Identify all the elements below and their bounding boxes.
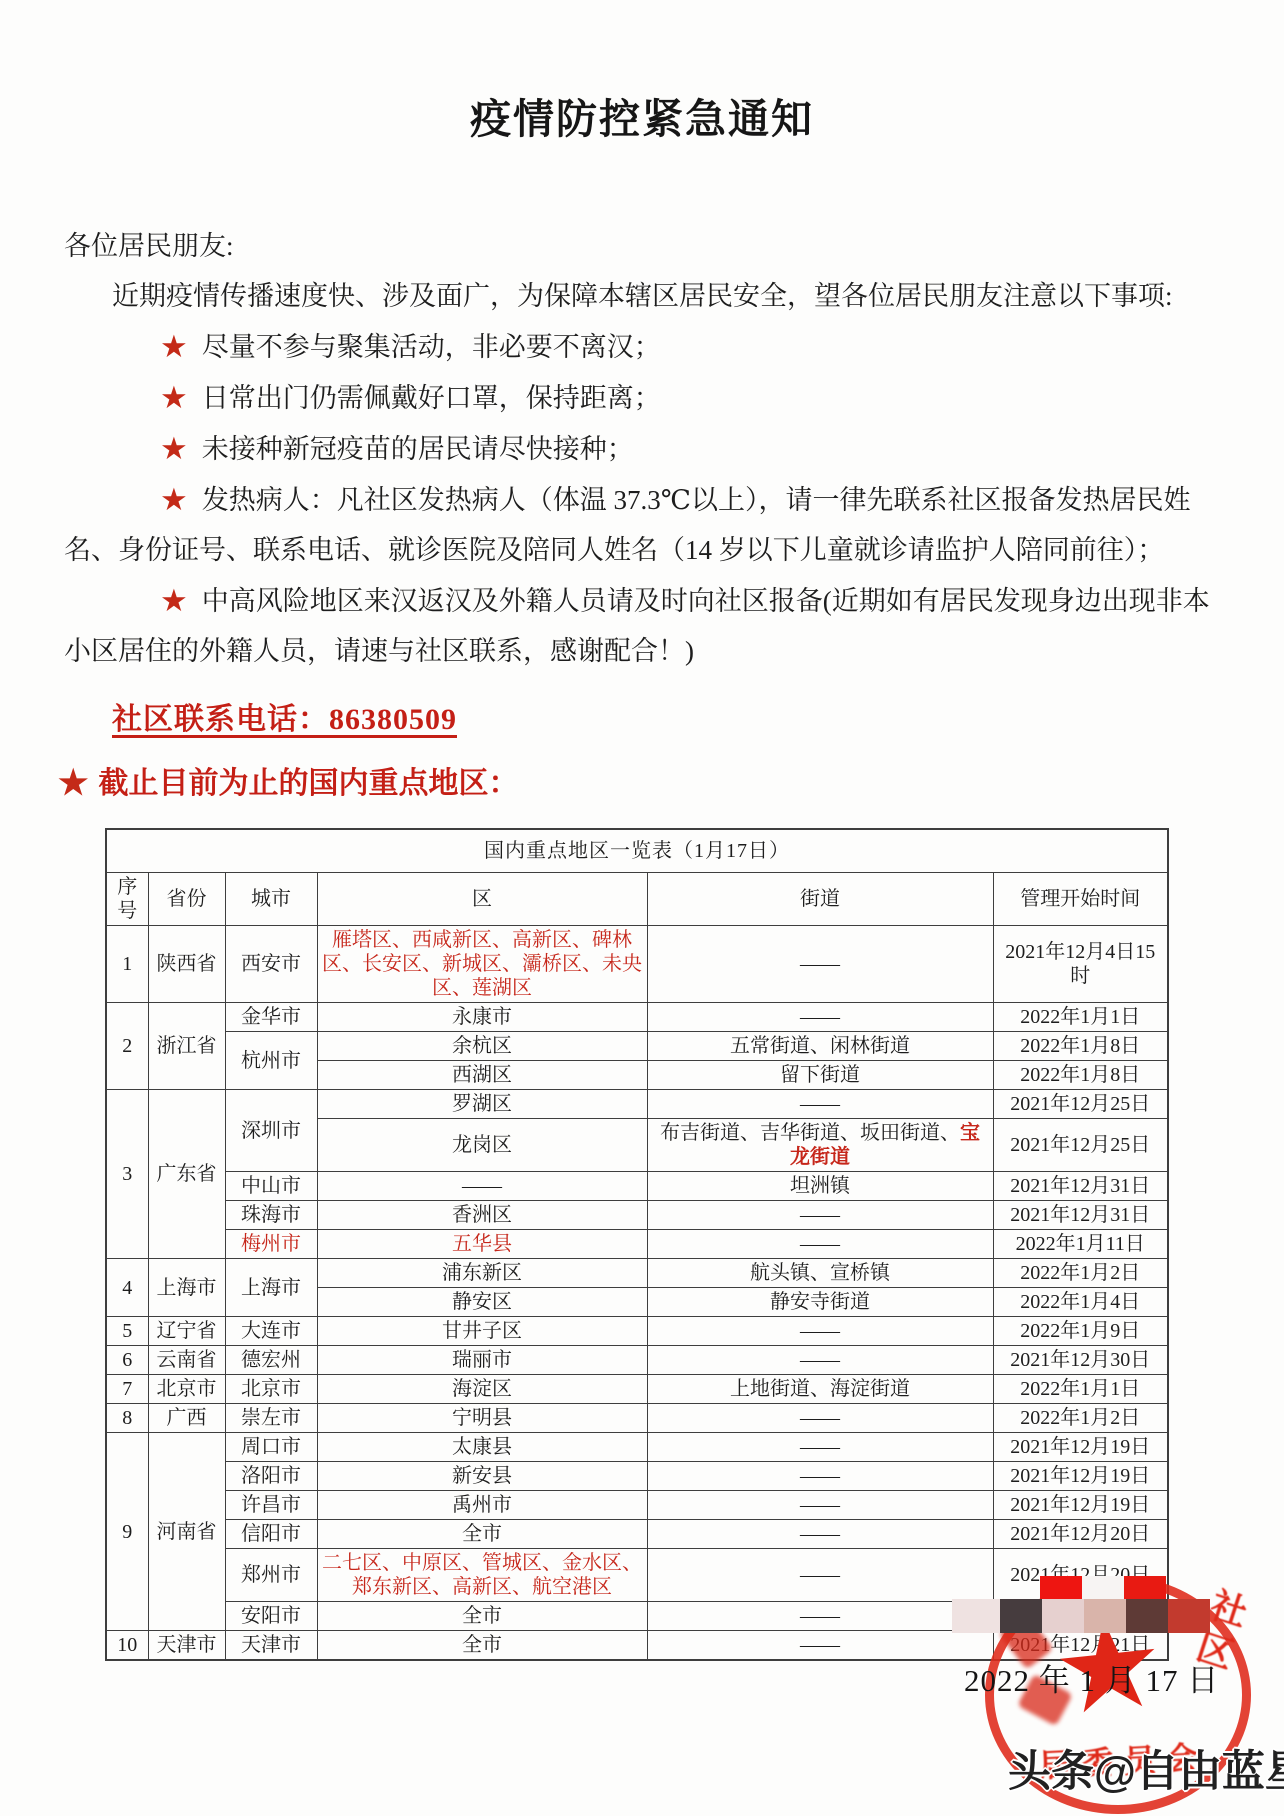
table-cell: —— (647, 926, 993, 1003)
table-cell: 静安寺街道 (647, 1288, 993, 1317)
table-cell: —— (647, 1520, 993, 1549)
table-cell: 甘井子区 (317, 1317, 647, 1346)
key-areas-table: 国内重点地区一览表（1月17日） 序号省份城市区街道管理开始时间 1陕西省西安市… (105, 828, 1169, 1661)
table-cell: 浦东新区 (317, 1259, 647, 1288)
table-cell: 上海市 (225, 1259, 317, 1317)
table-cell: 信阳市 (225, 1520, 317, 1549)
table-cell: —— (317, 1172, 647, 1201)
bullet-text: 中高风险地区来汉返汉及外籍人员请及时向社区报备(近期如有居民发现身边出现非本小区… (64, 586, 1210, 666)
redaction-block (1168, 1599, 1210, 1633)
table-cell: 陕西省 (148, 926, 225, 1003)
watermark: 头条@自由蓝星 (1008, 1738, 1284, 1799)
table-cell: 2022年1月8日 (993, 1061, 1168, 1090)
table-cell: 海淀区 (317, 1375, 647, 1404)
redaction-block (952, 1599, 1000, 1633)
table-cell: —— (647, 1404, 993, 1433)
table-cell: 上地街道、海淀街道 (647, 1375, 993, 1404)
redaction-block (1084, 1599, 1126, 1633)
notice-content: 疫情防控紧急通知 各位居民朋友: 近期疫情传播速度快、涉及面广，为保障本辖区居民… (0, 0, 1284, 1661)
table-cell: 布吉街道、吉华街道、坂田街道、宝龙街道 (647, 1119, 993, 1172)
table-cell: —— (647, 1317, 993, 1346)
table-cell: 航头镇、宣桥镇 (647, 1259, 993, 1288)
column-header: 省份 (148, 873, 225, 926)
table-cell: —— (647, 1549, 993, 1602)
redaction-row (952, 1599, 1210, 1633)
redaction-block (1040, 1576, 1082, 1599)
table-title: 国内重点地区一览表（1月17日） (106, 829, 1168, 873)
table-cell: 五华县 (317, 1230, 647, 1259)
table-cell: 深圳市 (225, 1090, 317, 1172)
table-cell: 2021年12月31日 (993, 1201, 1168, 1230)
table-cell: 安阳市 (225, 1602, 317, 1631)
table-cell: 梅州市 (225, 1230, 317, 1259)
table-row: 8广西崇左市宁明县——2022年1月2日 (106, 1404, 1168, 1433)
star-icon: ★ (112, 424, 188, 474)
table-cell: 6 (106, 1346, 148, 1375)
star-icon: ★ (112, 576, 188, 626)
table-cell: 周口市 (225, 1433, 317, 1462)
section-heading: ★截止目前为止的国内重点地区： (64, 758, 1220, 802)
table-cell: 4 (106, 1259, 148, 1317)
table-cell: 2021年12月31日 (993, 1172, 1168, 1201)
table-cell: —— (647, 1090, 993, 1119)
issue-date: 2022 年 1 月 17 日 (964, 1655, 1219, 1700)
column-header: 区 (317, 873, 647, 926)
star-icon: ★ (112, 322, 188, 372)
bullet-text: 未接种新冠疫苗的居民请尽快接种； (202, 434, 634, 464)
table-cell: 广西 (148, 1404, 225, 1433)
table-cell: 8 (106, 1404, 148, 1433)
table-row: 2浙江省金华市永康市——2022年1月1日 (106, 1003, 1168, 1032)
table-cell: —— (647, 1230, 993, 1259)
table-cell: —— (647, 1433, 993, 1462)
table-cell: 二七区、中原区、管城区、金水区、郑东新区、高新区、航空港区 (317, 1549, 647, 1602)
bullet-text: 发热病人：凡社区发热病人（体温 37.3℃以上），请一律先联系社区报备发热居民姓… (64, 485, 1191, 565)
table-cell: 北京市 (225, 1375, 317, 1404)
table-cell: 北京市 (148, 1375, 225, 1404)
section-heading-text: 截止目前为止的国内重点地区： (98, 767, 518, 800)
table-row: 3广东省深圳市罗湖区——2021年12月25日 (106, 1090, 1168, 1119)
table-cell: 2021年12月25日 (993, 1090, 1168, 1119)
table-row: 中山市——坦洲镇2021年12月31日 (106, 1172, 1168, 1201)
table-cell: 2022年1月2日 (993, 1259, 1168, 1288)
table-cell: 新安县 (317, 1462, 647, 1491)
table-cell: 金华市 (225, 1003, 317, 1032)
bullet-text: 日常出门仍需佩戴好口罩，保持距离； (202, 383, 661, 413)
table-cell: 禹州市 (317, 1491, 647, 1520)
notice-bullet: ★尽量不参与聚集活动，非必要不离汉； (64, 321, 1220, 372)
table-cell: 2021年12月25日 (993, 1119, 1168, 1172)
star-icon: ★ (112, 475, 188, 525)
table-cell: —— (647, 1602, 993, 1631)
table-cell: 龙岗区 (317, 1119, 647, 1172)
column-header: 序号 (106, 873, 148, 926)
table-cell: 2022年1月8日 (993, 1032, 1168, 1061)
table-cell: 静安区 (317, 1288, 647, 1317)
table-title-row: 国内重点地区一览表（1月17日） (106, 829, 1168, 873)
table-cell: 2021年12月19日 (993, 1491, 1168, 1520)
table-cell: 3 (106, 1090, 148, 1259)
star-icon: ★ (112, 373, 188, 423)
table-cell: 留下街道 (647, 1061, 993, 1090)
table-cell: —— (647, 1346, 993, 1375)
table-cell: 云南省 (148, 1346, 225, 1375)
table-cell: 五常街道、闲林街道 (647, 1032, 993, 1061)
table-cell: 太康县 (317, 1433, 647, 1462)
column-header: 街道 (647, 873, 993, 926)
table-cell: 杭州市 (225, 1032, 317, 1090)
table-row: 5辽宁省大连市甘井子区——2022年1月9日 (106, 1317, 1168, 1346)
table-cell: 2022年1月4日 (993, 1288, 1168, 1317)
table-cell: 崇左市 (225, 1404, 317, 1433)
table-cell: 9 (106, 1433, 148, 1631)
table-row: 6云南省德宏州瑞丽市——2021年12月30日 (106, 1346, 1168, 1375)
table-cell: 2 (106, 1003, 148, 1090)
redaction-block (1082, 1576, 1124, 1599)
table-cell: 2022年1月1日 (993, 1375, 1168, 1404)
table-cell: 瑞丽市 (317, 1346, 647, 1375)
page-title: 疫情防控紧急通知 (64, 0, 1220, 145)
table-cell: —— (647, 1201, 993, 1230)
redaction-row (1040, 1576, 1166, 1599)
table-cell: —— (647, 1631, 993, 1661)
notice-document: 疫情防控紧急通知 各位居民朋友: 近期疫情传播速度快、涉及面广，为保障本辖区居民… (0, 0, 1284, 1816)
table-cell: 大连市 (225, 1317, 317, 1346)
table-row: 梅州市五华县——2022年1月11日 (106, 1230, 1168, 1259)
table-header-row: 序号省份城市区街道管理开始时间 (106, 873, 1168, 926)
star-icon: ★ (58, 763, 88, 803)
table-cell: 河南省 (148, 1433, 225, 1631)
table-row: 许昌市禹州市——2021年12月19日 (106, 1491, 1168, 1520)
table-cell: 天津市 (225, 1631, 317, 1661)
table-row: 珠海市香洲区——2021年12月31日 (106, 1201, 1168, 1230)
table-row: 4上海市上海市浦东新区航头镇、宣桥镇2022年1月2日 (106, 1259, 1168, 1288)
table-cell: 全市 (317, 1520, 647, 1549)
table-cell: 雁塔区、西咸新区、高新区、碑林区、长安区、新城区、灞桥区、未央区、莲湖区 (317, 926, 647, 1003)
table-cell-text: 布吉街道、吉华街道、坂田街道、 (660, 1122, 960, 1144)
table-cell: 2022年1月1日 (993, 1003, 1168, 1032)
table-row: 杭州市余杭区五常街道、闲林街道2022年1月8日 (106, 1032, 1168, 1061)
table-cell: 永康市 (317, 1003, 647, 1032)
redaction-block (1124, 1576, 1166, 1599)
table-row: 信阳市全市——2021年12月20日 (106, 1520, 1168, 1549)
table-cell: 珠海市 (225, 1201, 317, 1230)
table-row: 1陕西省西安市雁塔区、西咸新区、高新区、碑林区、长安区、新城区、灞桥区、未央区、… (106, 926, 1168, 1003)
table-cell: 上海市 (148, 1259, 225, 1317)
table-cell: —— (647, 1003, 993, 1032)
table-cell: 西安市 (225, 926, 317, 1003)
table-cell: 广东省 (148, 1090, 225, 1259)
table-row: 9河南省周口市太康县——2021年12月19日 (106, 1433, 1168, 1462)
notice-bullet: ★发热病人：凡社区发热病人（体温 37.3℃以上），请一律先联系社区报备发热居民… (64, 474, 1220, 575)
table-cell: 宁明县 (317, 1404, 647, 1433)
table-cell: 德宏州 (225, 1346, 317, 1375)
table-row: 洛阳市新安县——2021年12月19日 (106, 1462, 1168, 1491)
table-cell: 中山市 (225, 1172, 317, 1201)
table-cell: 坦洲镇 (647, 1172, 993, 1201)
table-cell: 洛阳市 (225, 1462, 317, 1491)
table-cell: 2021年12月30日 (993, 1346, 1168, 1375)
notice-bullet: ★中高风险地区来汉返汉及外籍人员请及时向社区报备(近期如有居民发现身边出现非本小… (64, 575, 1220, 676)
notice-bullet: ★未接种新冠疫苗的居民请尽快接种； (64, 423, 1220, 474)
table-cell: 浙江省 (148, 1003, 225, 1090)
table-cell: 西湖区 (317, 1061, 647, 1090)
table-cell: 全市 (317, 1631, 647, 1661)
table-cell: 2021年12月4日15时 (993, 926, 1168, 1003)
column-header: 管理开始时间 (993, 873, 1168, 926)
table-cell: 2022年1月9日 (993, 1317, 1168, 1346)
table-cell: 许昌市 (225, 1491, 317, 1520)
redaction-block (1000, 1599, 1042, 1633)
table-cell: 2022年1月11日 (993, 1230, 1168, 1259)
bullet-text: 尽量不参与聚集活动，非必要不离汉； (202, 332, 661, 362)
salutation: 各位居民朋友: (64, 221, 1220, 271)
table-cell: 7 (106, 1375, 148, 1404)
table-cell: 2022年1月2日 (993, 1404, 1168, 1433)
table-cell: 全市 (317, 1602, 647, 1631)
table-cell: 1 (106, 926, 148, 1003)
table-cell: 香洲区 (317, 1201, 647, 1230)
redaction-block (1042, 1599, 1084, 1633)
table-cell: 2021年12月19日 (993, 1433, 1168, 1462)
table-row: 7北京市北京市海淀区上地街道、海淀街道2022年1月1日 (106, 1375, 1168, 1404)
notice-bullet: ★日常出门仍需佩戴好口罩，保持距离； (64, 372, 1220, 423)
table-cell: 2021年12月19日 (993, 1462, 1168, 1491)
table-cell: 10 (106, 1631, 148, 1661)
table-cell: 天津市 (148, 1631, 225, 1661)
community-phone-line: 社区联系电话：86380509 (112, 694, 457, 738)
table-cell: 余杭区 (317, 1032, 647, 1061)
intro-paragraph: 近期疫情传播速度快、涉及面广，为保障本辖区居民安全，望各位居民朋友注意以下事项: (64, 271, 1220, 321)
table-cell: 2021年12月20日 (993, 1520, 1168, 1549)
table-cell: 5 (106, 1317, 148, 1346)
table-cell: —— (647, 1491, 993, 1520)
table-cell: —— (647, 1462, 993, 1491)
redaction-block (1126, 1599, 1168, 1633)
column-header: 城市 (225, 873, 317, 926)
table-cell: 罗湖区 (317, 1090, 647, 1119)
table-cell: 郑州市 (225, 1549, 317, 1602)
table-cell: 辽宁省 (148, 1317, 225, 1346)
